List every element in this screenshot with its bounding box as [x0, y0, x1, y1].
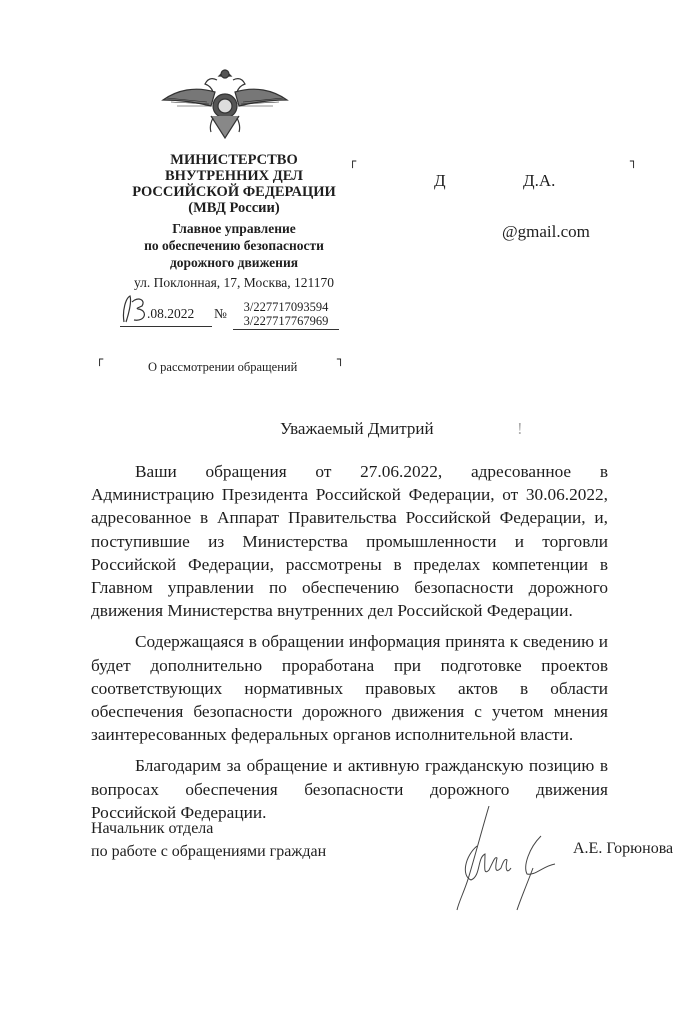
document-date: .08.2022	[120, 300, 212, 327]
signer-name: А.Е. Горюнова	[573, 840, 673, 858]
recipient-email: @gmail.com	[502, 222, 590, 242]
greeting: Уважаемый Дмитрий !	[280, 419, 434, 439]
recipient-initials: Д.А.	[523, 171, 555, 191]
registration-numbers: 3/227717093594 3/227717767969	[233, 300, 339, 330]
greeting-text: Уважаемый Дмитрий	[280, 419, 434, 438]
corner-mark-top-right: ┐	[630, 154, 637, 168]
department-line: Главное управление	[100, 220, 368, 237]
mvd-emblem-icon	[155, 62, 295, 152]
department-line: по обеспечению безопасности	[100, 237, 368, 254]
corner-mark-top-left: ┌	[349, 154, 356, 168]
org-name-line: МИНИСТЕРСТВО	[100, 152, 368, 168]
position-line: Начальник отдела	[91, 818, 326, 841]
handwritten-day	[120, 292, 150, 326]
greeting-exclamation: !	[517, 419, 523, 439]
corner-mark-top-left: ┌	[96, 352, 103, 366]
department-line: дорожного движения	[100, 254, 368, 271]
registration-number: 3/227717767969	[233, 314, 339, 328]
number-label: №	[214, 306, 227, 322]
subject-line: О рассмотрении обращений	[148, 360, 297, 375]
org-name-line: РОССИЙСКОЙ ФЕДЕРАЦИИ	[100, 184, 368, 200]
body-paragraph: Ваши обращения от 27.06.2022, адресованн…	[91, 460, 608, 622]
org-address: ул. Поклонная, 17, Москва, 121170	[100, 274, 368, 291]
letterhead: МИНИСТЕРСТВО ВНУТРЕННИХ ДЕЛ РОССИЙСКОЙ Ф…	[100, 152, 368, 291]
body-paragraph: Содержащаяся в обращении информация прин…	[91, 630, 608, 746]
org-short-name: (МВД России)	[100, 200, 368, 216]
org-name-line: ВНУТРЕННИХ ДЕЛ	[100, 168, 368, 184]
handwritten-signature-icon	[455, 806, 565, 911]
date-text: .08.2022	[147, 306, 194, 322]
signer-position: Начальник отдела по работе с обращениями…	[91, 818, 326, 863]
recipient-name: Д	[434, 171, 446, 191]
corner-mark-top-right: ┐	[337, 352, 344, 366]
letter-body: Ваши обращения от 27.06.2022, адресованн…	[91, 460, 608, 832]
position-line: по работе с обращениями граждан	[91, 841, 326, 864]
registration-number: 3/227717093594	[233, 300, 339, 314]
